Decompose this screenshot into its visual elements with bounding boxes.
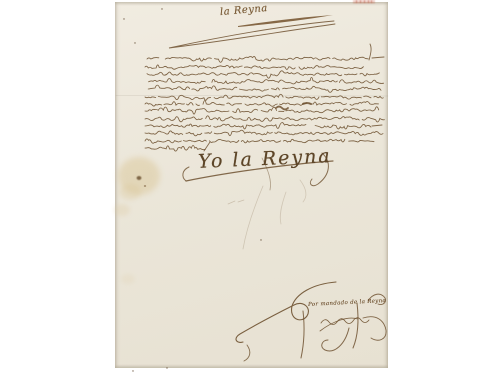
- bold-patch-1: [276, 107, 288, 110]
- showthrough-3: [300, 180, 306, 202]
- body-text-line-8: [145, 107, 379, 114]
- red-catalog-mark: [353, 0, 375, 4]
- showthrough-2: [280, 192, 286, 224]
- body-text-line-7: [145, 101, 379, 107]
- stain-4: [137, 176, 142, 180]
- body-text-line-3: [147, 71, 379, 78]
- body-text-line-11: [145, 130, 383, 136]
- secretary-right-flourish: [363, 317, 386, 340]
- stain-3: [121, 274, 135, 284]
- showthrough-4: [228, 200, 244, 204]
- body-text-line-12: [145, 139, 374, 143]
- body-text-line-6: [145, 94, 383, 100]
- secretary-descender: [322, 328, 349, 351]
- stain-2: [114, 204, 130, 216]
- paraph-descender: [301, 311, 304, 358]
- ink-speck-3: [260, 239, 261, 240]
- body-text-line-2: [145, 65, 363, 69]
- signature-hook: [183, 167, 189, 181]
- header-rubric-taper: [238, 15, 333, 27]
- paraph-tail-hook: [244, 345, 250, 361]
- ink-speck-4: [166, 367, 167, 368]
- body-text-line-9: [145, 116, 384, 122]
- body-text-line-5: [148, 85, 381, 92]
- paraph-main: [236, 282, 336, 342]
- ink-strokes-layer: [0, 0, 500, 375]
- bold-patch-2: [303, 103, 311, 104]
- body-text-line-4: [149, 77, 384, 84]
- body-text-line-13: [145, 146, 205, 152]
- manuscript-photo: la Reyna Yo la Reyna Por mandado de la R…: [0, 0, 500, 375]
- crease-line: [116, 96, 388, 97]
- ink-speck-2: [161, 8, 162, 9]
- ink-speck-0: [123, 18, 124, 19]
- body-text-line-1: [147, 56, 368, 62]
- line10-dash: [372, 125, 382, 126]
- secretary-f-stroke: [353, 303, 358, 348]
- showthrough-1: [243, 186, 263, 249]
- stain-5: [144, 185, 146, 187]
- body-text-line-10: [145, 123, 371, 129]
- ink-speck-1: [134, 42, 135, 43]
- line1-dash: [372, 57, 384, 58]
- ink-speck-5: [132, 370, 133, 371]
- line1-riser: [369, 44, 371, 60]
- stain-1: [119, 184, 141, 200]
